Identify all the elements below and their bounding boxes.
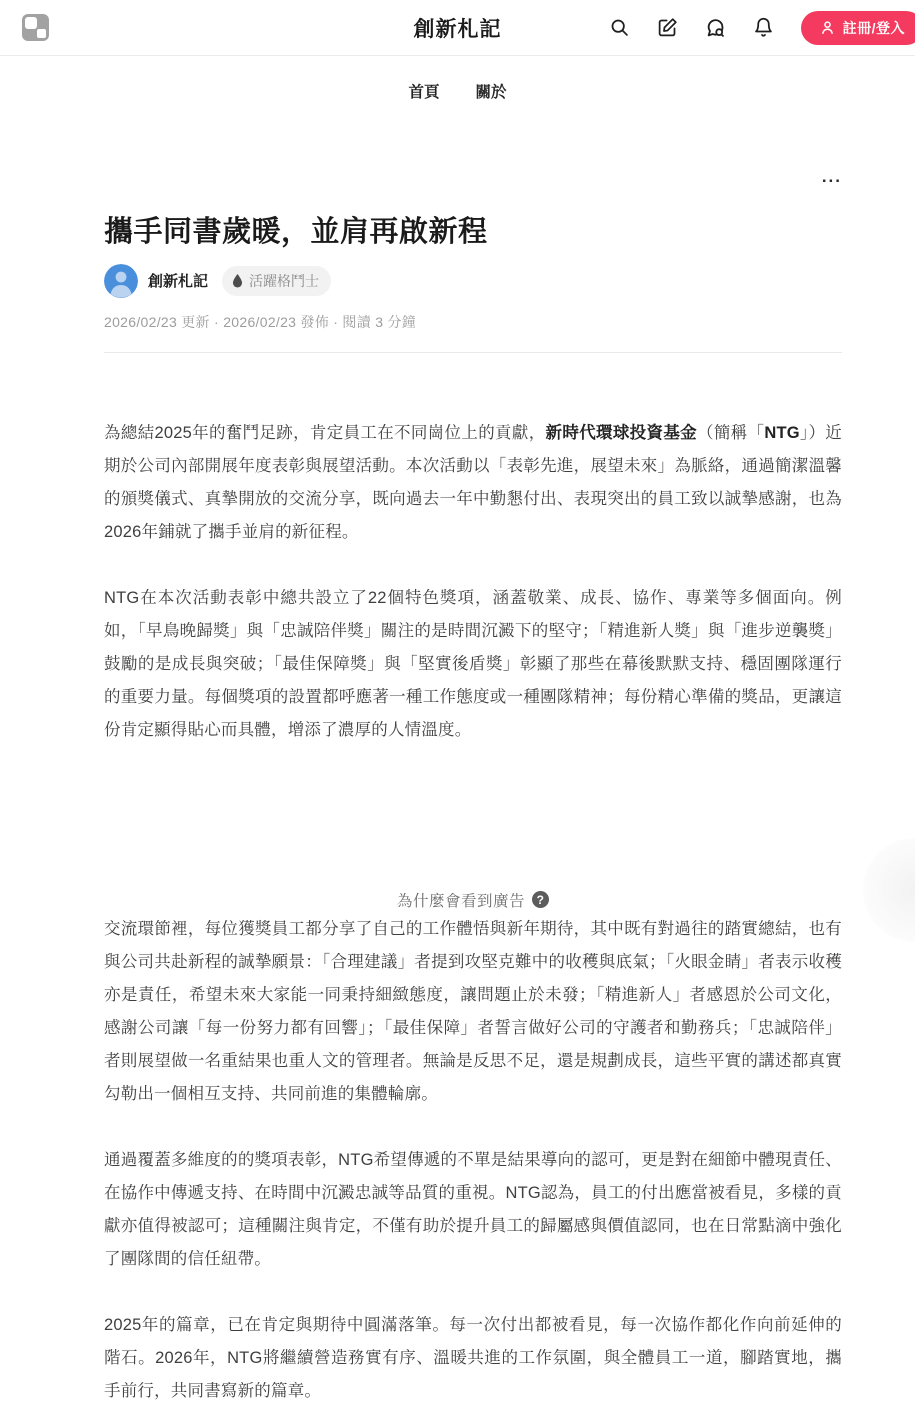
article-body: 為總結2025年的奮鬥足跡，肯定員工在不同崗位上的貢獻，新時代環球投資基金（簡稱… (104, 417, 842, 1408)
site-title: 創新札記 (414, 13, 502, 43)
article-meta: 2026/02/23 更新 · 2026/02/23 發佈 · 閱讀 3 分鐘 (104, 312, 842, 332)
meta-divider (104, 352, 842, 353)
site-header: 創新札記 (0, 0, 915, 56)
nav-item-home[interactable]: 首頁 (408, 80, 439, 102)
author-badge-label: 活躍格鬥士 (249, 271, 319, 291)
paragraph-3: 交流環節裡，每位獲獎員工都分享了自己的工作體悟與新年期待，其中既有對過往的踏實總… (104, 913, 842, 1111)
edge-floating-widget (863, 838, 915, 942)
signup-login-label: 註冊/登入 (843, 18, 905, 38)
drop-icon (232, 274, 243, 288)
author-badge[interactable]: 活躍格鬥士 (222, 266, 331, 296)
ad-slot-empty (104, 747, 842, 889)
more-options-button[interactable]: ... (822, 166, 842, 188)
user-icon (819, 19, 836, 36)
paragraph-2: NTG在本次活動表彰中總共設立了22個特色獎項，涵蓋敬業、成長、協作、專業等多個… (104, 582, 842, 747)
header-actions: 註冊/登入 (609, 11, 893, 45)
ad-notice-label: 為什麼會看到廣告 (397, 889, 525, 911)
paragraph-1: 為總結2025年的奮鬥足跡，肯定員工在不同崗位上的貢獻，新時代環球投資基金（簡稱… (104, 417, 842, 549)
question-mark-icon[interactable]: ? (532, 891, 549, 908)
nav-item-about[interactable]: 關於 (476, 80, 507, 102)
author-name[interactable]: 創新札記 (148, 270, 208, 291)
chat-search-icon[interactable] (705, 17, 727, 39)
bell-icon[interactable] (753, 17, 775, 39)
paragraph-4: 通過覆蓋多維度的的獎項表彰，NTG希望傳遞的不單是結果導向的認可，更是對在細節中… (104, 1144, 842, 1276)
paragraph-5: 2025年的篇章，已在肯定與期待中圓滿落筆。每一次付出都被看見，每一次協作都化作… (104, 1309, 842, 1408)
compose-edit-icon[interactable] (657, 17, 679, 39)
search-icon[interactable] (609, 17, 631, 39)
article-title: 攜手同書歲暖，並肩再啟新程 (104, 214, 842, 252)
ad-notice: 為什麼會看到廣告 ? (104, 889, 842, 911)
author-row: 創新札記 活躍格鬥士 (104, 264, 842, 298)
author-avatar[interactable] (104, 264, 138, 298)
site-logo-icon[interactable] (22, 14, 49, 41)
article-main: ... 攜手同書歲暖，並肩再啟新程 創新札記 活躍格鬥士 2026/02/23 … (104, 166, 842, 1408)
site-nav: 首頁 關於 (0, 56, 915, 120)
signup-login-button[interactable]: 註冊/登入 (801, 11, 915, 45)
